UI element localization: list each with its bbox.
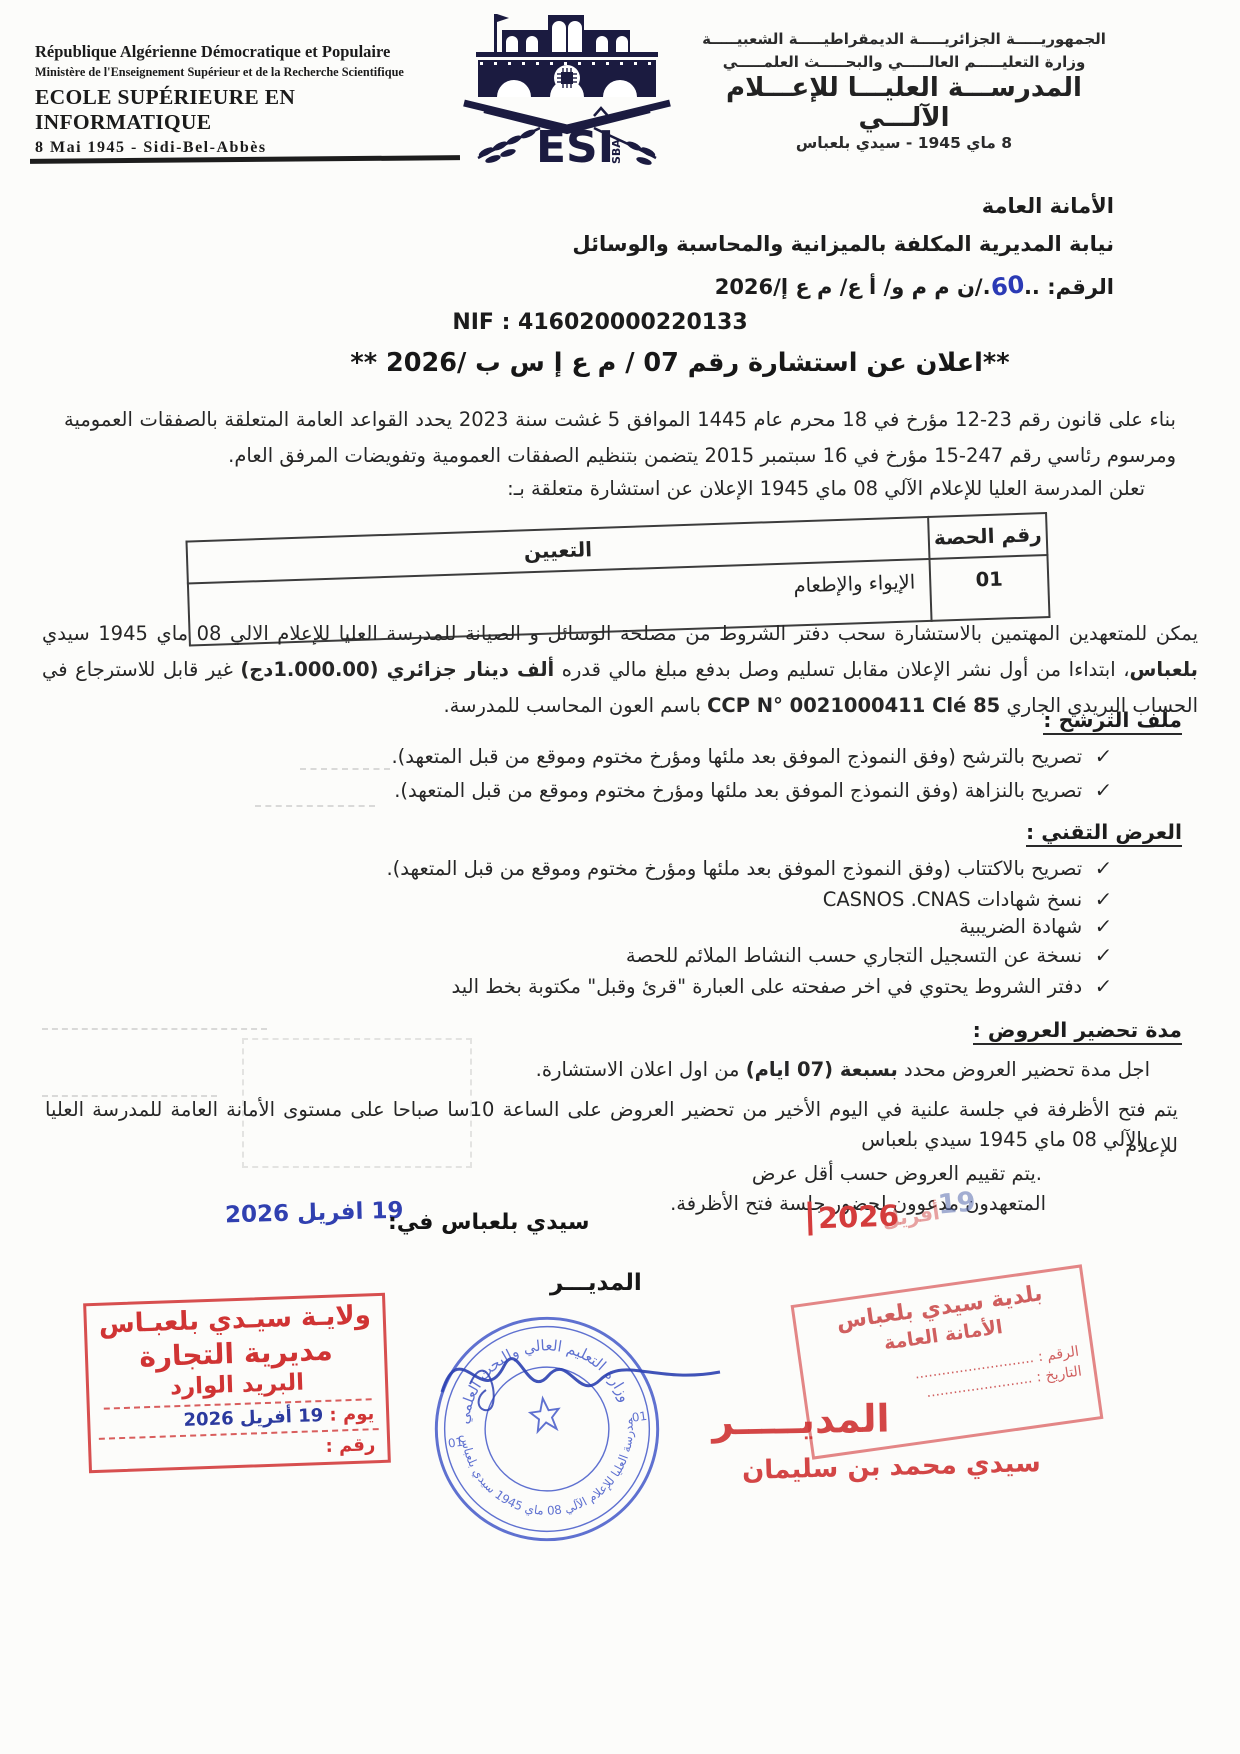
fr-ministry-line: Ministère de l'Enseignement Supérieur et…: [35, 65, 435, 80]
withdrawal-part1: يمكن للمتعهدين المهتمين بالاستشارة سحب د…: [42, 622, 1198, 645]
technical-item-5-text: دفتر الشروط يحتوي في اخر صفحته على العبا…: [452, 975, 1083, 998]
red-year-stamp: 2026: [807, 1198, 899, 1235]
trade-stamp-day-label: يوم :: [329, 1403, 374, 1426]
logo-acronym: ESI: [536, 122, 614, 170]
directorate-line: نيابة المديرية المكلفة بالميزانية والمحا…: [572, 232, 1114, 256]
scan-artifact: [42, 1095, 217, 1097]
scan-artifact: [242, 1038, 472, 1168]
withdrawal-paragraph: يمكن للمتعهدين المهتمين بالاستشارة سحب د…: [42, 616, 1198, 724]
deadline-p1-bold: بسبعة (07 ايام): [746, 1058, 898, 1081]
announcement-line: تعلن المدرسة العليا للإعلام الآلي 08 ماي…: [507, 477, 1145, 500]
ar-city-line: 8 ماي 1945 - سيدي بلعباس: [688, 134, 1120, 152]
ar-republic-line: الجمهوريـــــة الجزائريـــــة الديمقراطي…: [688, 30, 1120, 48]
candidacy-item-1: ✓تصريح بالترشح (وفق النموذج الموفق بعد م…: [391, 744, 1112, 768]
checkmark-icon: ✓: [1094, 914, 1113, 938]
checkmark-icon: ✓: [1094, 744, 1113, 768]
technical-item-5: ✓دفتر الشروط يحتوي في اخر صفحته على العب…: [452, 974, 1112, 998]
technical-item-2: ✓نسخ شهادات CASNOS .CNAS: [823, 887, 1112, 911]
candidacy-file-heading: ملف الترشح :: [1043, 708, 1182, 735]
scan-artifact: [42, 1028, 267, 1030]
withdrawal-amount-bold: ألف دينار جزائري (1.000.00دج): [240, 658, 554, 681]
nif-line: NIF : 416020000220133: [365, 310, 835, 335]
scan-artifact: [255, 805, 375, 807]
checkmark-icon: ✓: [1094, 943, 1113, 967]
esi-logo: ESI SBA: [448, 4, 684, 170]
ar-school-name: المدرســـة العليـــا للإعـــلام الآلـــي: [688, 73, 1120, 133]
technical-item-1-text: تصريح بالاكتتاب (وفق النموذج الموفق بعد …: [386, 857, 1082, 880]
technical-item-4-text: نسخة عن التسجيل التجاري حسب النشاط الملا…: [626, 944, 1082, 967]
logo-laurel-left: [477, 128, 540, 165]
blue-date-stamp: 19 افريل 2026: [225, 1198, 404, 1229]
consultation-title: **اعلان عن استشارة رقم 07 / م ع إ س ب /2…: [180, 348, 1180, 378]
ref-label: الرقم:: [1047, 275, 1114, 299]
technical-item-1: ✓تصريح بالاكتتاب (وفق النموذج الموفق بعد…: [386, 856, 1112, 880]
candidacy-item-2-text: تصريح بالنزاهة (وفق النموذج الموفق بعد م…: [394, 779, 1082, 802]
director-signature: [430, 1314, 732, 1426]
withdrawal-part4: باسم العون المحاسب للمدرسة.: [443, 694, 707, 717]
fr-school-name: ECOLE SUPÉRIEURE EN INFORMATIQUE: [35, 85, 435, 135]
deadline-duration-line: اجل مدة تحضير العروض محدد بسبعة (07 ايام…: [536, 1058, 1150, 1081]
checkmark-icon: ✓: [1094, 974, 1113, 998]
header-french-block: République Algérienne Démocratique et Po…: [35, 42, 435, 157]
technical-offer-heading: العرض التقني :: [1026, 820, 1182, 847]
scanned-document-page: République Algérienne Démocratique et Po…: [0, 0, 1240, 1754]
logo-wilaya: SBA: [610, 139, 623, 164]
ref-handwritten-number: 60: [989, 270, 1026, 302]
ar-ministry-line: وزارة التعليـــــم العالـــــي والبحــــ…: [688, 53, 1120, 71]
logo-flagpole: [494, 14, 497, 56]
trade-directorate-stamp: ولايـة سيـدي بلعبـاس مديرية التجارة البر…: [83, 1293, 391, 1473]
withdrawal-ccp-account: CCP N° 0021000411 Clé 85: [707, 694, 1000, 717]
director-stamp-title: المديـــــر: [712, 1396, 890, 1443]
deadline-heading: مدة تحضير العروض :: [973, 1018, 1182, 1045]
fr-city-line: 8 Mai 1945 - Sidi-Bel-Abbès: [35, 139, 435, 157]
technical-item-2-text: نسخ شهادات CASNOS .CNAS: [823, 888, 1083, 911]
fr-republic-line: République Algérienne Démocratique et Po…: [35, 42, 435, 62]
technical-item-3-text: شهادة الضريبية: [959, 915, 1082, 938]
checkmark-icon: ✓: [1094, 856, 1113, 880]
trade-stamp-number-label: رقم :: [99, 1428, 380, 1465]
opening-session-line2: .الآلي 08 ماي 1945 سيدي بلعباس: [861, 1128, 1148, 1151]
withdrawal-city-bold: بلعباس: [1130, 658, 1198, 681]
director-label: المديـــر: [550, 1270, 642, 1296]
technical-item-4: ✓نسخة عن التسجيل التجاري حسب النشاط المل…: [626, 943, 1112, 967]
ref-code: /ن م م و/ أ ع/ م ع إ/2026: [715, 275, 983, 299]
secretariat-line: الأمانة العامة: [982, 194, 1114, 218]
col-lot-number: رقم الحصة: [928, 513, 1047, 559]
scan-artifact: [300, 768, 390, 770]
handwritten-day: 19: [937, 1186, 977, 1220]
director-stamp-name: سيدي محمد بن سليمان: [742, 1448, 1041, 1486]
candidacy-item-1-text: تصريح بالترشح (وفق النموذج الموفق بعد مل…: [391, 745, 1082, 768]
technical-item-3: ✓شهادة الضريبية: [959, 914, 1112, 938]
seal-number-left: 01: [447, 1435, 464, 1451]
deadline-p1-b: من اول اعلان الاستشارة.: [536, 1058, 746, 1081]
cell-lot-number: 01: [929, 555, 1049, 621]
trade-stamp-day-date: 19 أفريل 2026: [183, 1405, 323, 1431]
candidacy-item-2: ✓تصريح بالنزاهة (وفق النموذج الموفق بعد …: [394, 778, 1112, 802]
checkmark-icon: ✓: [1094, 887, 1113, 911]
header-arabic-block: الجمهوريـــــة الجزائريـــــة الديمقراطي…: [688, 30, 1120, 152]
reference-number-line: الرقم: ..60./ن م م و/ أ ع/ م ع إ/2026: [715, 272, 1114, 300]
ref-dots: ..: [1024, 275, 1040, 299]
place-and-date-label: سيدي بلعباس في:: [388, 1210, 590, 1235]
legal-basis-paragraph: بناء على قانون رقم 23-12 مؤرخ في 18 محرم…: [64, 402, 1176, 474]
withdrawal-part2: ، ابتداءا من أول نشر الإعلان مقابل تسليم…: [554, 658, 1129, 681]
evaluation-line: .يتم تقييم العروض حسب أقل عرض: [752, 1162, 1042, 1185]
checkmark-icon: ✓: [1094, 778, 1113, 802]
deadline-p1-a: اجل مدة تحضير العروض محدد: [898, 1058, 1150, 1081]
